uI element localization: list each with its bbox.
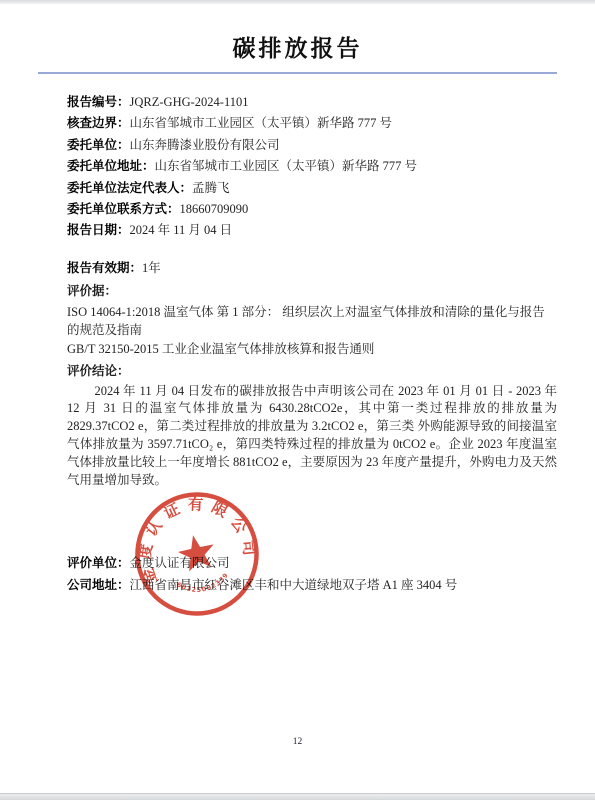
field-company-address: 公司地址：江西省南昌市红谷滩区丰和中大道绿地双子塔 A1 座 3404 号 [67, 575, 557, 596]
field-validity: 报告有效期：1年 [67, 257, 557, 279]
evaluator-block: 评价单位：金度认证有限公司 公司地址：江西省南昌市红谷滩区丰和中大道绿地双子塔 … [67, 553, 557, 596]
basis-section-label: 评价据： [67, 280, 557, 303]
conclusion-section-label: 评价结论： [67, 360, 557, 383]
field-value: 山东省邹城市工业园区（太平镇）新华路 777 号 [155, 159, 418, 173]
field-legal-representative: 委托单位法定代表人：孟腾飞 [67, 178, 557, 199]
field-value: 18660709090 [180, 202, 249, 216]
field-label: 公司地址： [67, 578, 130, 592]
field-value: 金度认证有限公司 [130, 556, 230, 570]
field-contact: 委托单位联系方式：18660709090 [67, 199, 557, 220]
field-value: 孟腾飞 [192, 181, 230, 195]
pdf-page-viewport: 碳排放报告 报告编号：JQRZ-GHG-2024-1101 核查边界：山东省邹城… [0, 0, 595, 800]
field-label: 委托单位地址： [67, 159, 155, 173]
title-divider [38, 72, 557, 74]
field-label: 委托单位法定代表人： [67, 181, 192, 195]
field-label: 评价单位： [67, 556, 130, 570]
field-client: 委托单位：山东奔腾漆业股份有限公司 [67, 135, 557, 156]
field-verification-boundary: 核查边界：山东省邹城市工业园区（太平镇）新华路 777 号 [67, 113, 557, 134]
field-value: 2024 年 11 月 04 日 [130, 223, 233, 237]
field-label: 委托单位： [67, 138, 130, 152]
field-client-address: 委托单位地址：山东省邹城市工业园区（太平镇）新华路 777 号 [67, 156, 557, 177]
viewer-bottom-edge [0, 793, 595, 800]
report-page: 碳排放报告 报告编号：JQRZ-GHG-2024-1101 核查边界：山东省邹城… [0, 4, 595, 793]
field-label: 报告日期： [67, 223, 130, 237]
field-value: 山东省邹城市工业园区（太平镇）新华路 777 号 [130, 116, 393, 130]
basis-item-gbt: GB/T 32150-2015 工业企业温室气体排放核算和报告通则 [67, 340, 557, 359]
field-value: 1年 [142, 261, 161, 275]
conclusion-paragraph: 2024 年 11 月 04 日发布的碳排放报告中声明该公司在 2023 年 0… [67, 383, 557, 490]
report-content: 报告编号：JQRZ-GHG-2024-1101 核查边界：山东省邹城市工业园区（… [67, 92, 557, 596]
field-label: 委托单位联系方式： [67, 202, 180, 216]
field-value: 山东奔腾漆业股份有限公司 [130, 138, 280, 152]
field-label: 核查边界： [67, 116, 130, 130]
page-number: 12 [0, 737, 595, 747]
page-title: 碳排放报告 [0, 4, 595, 63]
field-label: 报告有效期： [67, 261, 142, 275]
field-evaluator: 评价单位：金度认证有限公司 [67, 553, 557, 574]
basis-item-iso: ISO 14064-1:2018 温室气体 第 1 部分： 组织层次上对温室气体… [67, 303, 557, 340]
field-value: 江西省南昌市红谷滩区丰和中大道绿地双子塔 A1 座 3404 号 [130, 578, 458, 592]
report-fields: 报告编号：JQRZ-GHG-2024-1101 核查边界：山东省邹城市工业园区（… [67, 92, 557, 242]
field-value: JQRZ-GHG-2024-1101 [130, 95, 249, 109]
field-report-number: 报告编号：JQRZ-GHG-2024-1101 [67, 92, 557, 113]
field-label: 报告编号： [67, 95, 130, 109]
field-report-date: 报告日期：2024 年 11 月 04 日 [67, 220, 557, 241]
